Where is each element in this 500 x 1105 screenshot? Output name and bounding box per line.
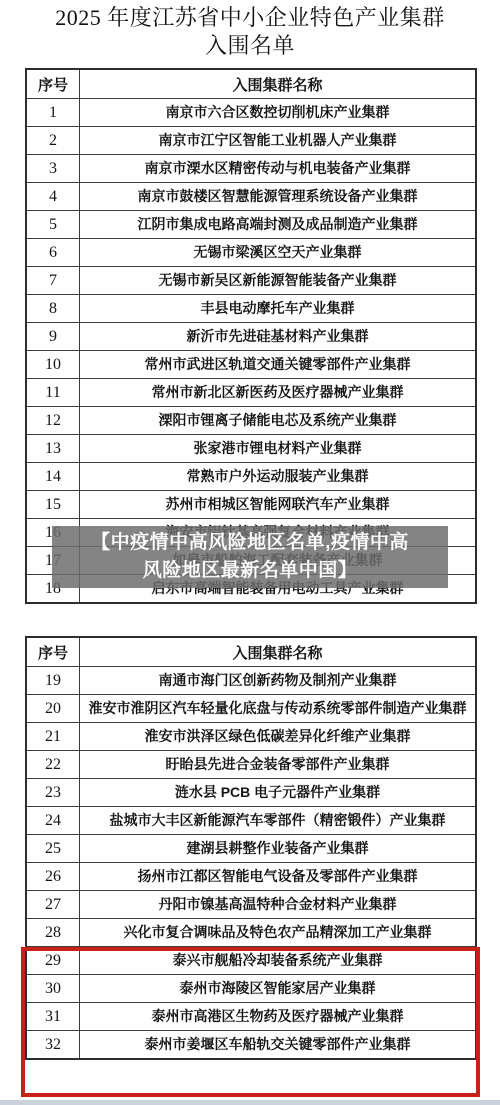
- row-number: 15: [26, 491, 80, 519]
- row-number: 7: [26, 267, 80, 295]
- table-row: 3南京市溧水区精密传动与机电装备产业集群: [26, 155, 476, 183]
- cluster-name: 泰州市姜堰区车船轨交关键零部件产业集群: [80, 1031, 477, 1060]
- table-row: 10常州市武进区轨道交通关键零部件产业集群: [26, 351, 476, 379]
- table-row: 27丹阳市镍基高温特种合金材料产业集群: [26, 891, 476, 919]
- table-row: 4南京市鼓楼区智慧能源管理系统设备产业集群: [26, 183, 476, 211]
- row-number: 12: [26, 407, 80, 435]
- column-header-name: 入围集群名称: [80, 69, 477, 99]
- row-number: 13: [26, 435, 80, 463]
- row-number: 32: [26, 1031, 80, 1060]
- bottom-strip: [0, 1100, 500, 1105]
- table-row: 9新沂市先进硅基材料产业集群: [26, 323, 476, 351]
- table-header-row: 序号 入围集群名称: [26, 69, 476, 99]
- page-title-line1: 2025 年度江苏省中小企业特色产业集群: [55, 5, 445, 30]
- cluster-name: 建湖县耕整作业装备产业集群: [80, 835, 477, 863]
- watermark-text-line2: 风险地区最新名单中国】: [52, 557, 448, 585]
- table-row: 14常熟市户外运动服装产业集群: [26, 463, 476, 491]
- page-title-line2: 入围名单: [205, 33, 295, 58]
- cluster-name: 江阴市集成电路高端封测及成品制造产业集群: [80, 211, 477, 239]
- cluster-name: 涟水县 PCB 电子元器件产业集群: [80, 779, 477, 807]
- cluster-name: 张家港市锂电材料产业集群: [80, 435, 477, 463]
- row-number: 21: [26, 723, 80, 751]
- cluster-name: 扬州市江都区智能电气设备及零部件产业集群: [80, 863, 477, 891]
- cluster-name: 南京市溧水区精密传动与机电装备产业集群: [80, 155, 477, 183]
- row-number: 20: [26, 695, 80, 723]
- cluster-name: 南通市海门区创新药物及制剂产业集群: [80, 667, 477, 695]
- cluster-table-1: 序号 入围集群名称 1南京市六合区数控切削机床产业集群2南京市江宁区智能工业机器…: [25, 68, 477, 604]
- cluster-name: 南京市江宁区智能工业机器人产业集群: [80, 127, 477, 155]
- table-row: 22盱眙县先进合金装备零部件产业集群: [26, 751, 476, 779]
- table-row: 19南通市海门区创新药物及制剂产业集群: [26, 667, 476, 695]
- table-row: 29泰兴市舰船冷却装备系统产业集群: [26, 947, 476, 975]
- column-header-name: 入围集群名称: [80, 637, 477, 667]
- table-row: 28兴化市复合调味品及特色农产品精深加工产业集群: [26, 919, 476, 947]
- table-row: 25建湖县耕整作业装备产业集群: [26, 835, 476, 863]
- cluster-name: 泰州市海陵区智能家居产业集群: [80, 975, 477, 1003]
- table-row: 30泰州市海陵区智能家居产业集群: [26, 975, 476, 1003]
- cluster-name: 淮安市淮阴区汽车轻量化底盘与传动系统零部件制造产业集群: [80, 695, 477, 723]
- table-row: 20淮安市淮阴区汽车轻量化底盘与传动系统零部件制造产业集群: [26, 695, 476, 723]
- table-row: 32泰州市姜堰区车船轨交关键零部件产业集群: [26, 1031, 476, 1060]
- watermark-text-line1: 【中疫情中高风险地区名单,疫情中高: [52, 529, 448, 557]
- table-row: 5江阴市集成电路高端封测及成品制造产业集群: [26, 211, 476, 239]
- table-row: 21淮安市洪泽区绿色低碳差异化纤维产业集群: [26, 723, 476, 751]
- row-number: 11: [26, 379, 80, 407]
- cluster-name: 丰县电动摩托车产业集群: [80, 295, 477, 323]
- cluster-table-2: 序号 入围集群名称 19南通市海门区创新药物及制剂产业集群20淮安市淮阴区汽车轻…: [25, 636, 477, 1060]
- cluster-name: 常州市新北区新医药及医疗器械产业集群: [80, 379, 477, 407]
- row-number: 19: [26, 667, 80, 695]
- cluster-name: 盐城市大丰区新能源汽车零部件（精密锻件）产业集群: [80, 807, 477, 835]
- column-header-no: 序号: [26, 637, 80, 667]
- cluster-name: 南京市六合区数控切削机床产业集群: [80, 99, 477, 127]
- cluster-name: 无锡市梁溪区空天产业集群: [80, 239, 477, 267]
- cluster-name: 苏州市相城区智能网联汽车产业集群: [80, 491, 477, 519]
- row-number: 6: [26, 239, 80, 267]
- table-row: 12溧阳市锂离子储能电芯及系统产业集群: [26, 407, 476, 435]
- table-row: 13张家港市锂电材料产业集群: [26, 435, 476, 463]
- row-number: 28: [26, 919, 80, 947]
- table-header-row: 序号 入围集群名称: [26, 637, 476, 667]
- table-row: 1南京市六合区数控切削机床产业集群: [26, 99, 476, 127]
- row-number: 9: [26, 323, 80, 351]
- row-number: 29: [26, 947, 80, 975]
- row-number: 30: [26, 975, 80, 1003]
- table-row: 24盐城市大丰区新能源汽车零部件（精密锻件）产业集群: [26, 807, 476, 835]
- cluster-name: 常熟市户外运动服装产业集群: [80, 463, 477, 491]
- cluster-name: 淮安市洪泽区绿色低碳差异化纤维产业集群: [80, 723, 477, 751]
- row-number: 10: [26, 351, 80, 379]
- cluster-name: 常州市武进区轨道交通关键零部件产业集群: [80, 351, 477, 379]
- row-number: 2: [26, 127, 80, 155]
- row-number: 1: [26, 99, 80, 127]
- table-row: 11常州市新北区新医药及医疗器械产业集群: [26, 379, 476, 407]
- row-number: 14: [26, 463, 80, 491]
- cluster-name: 泰州市高港区生物药及医疗器械产业集群: [80, 1003, 477, 1031]
- cluster-name: 无锡市新吴区新能源智能装备产业集群: [80, 267, 477, 295]
- row-number: 4: [26, 183, 80, 211]
- row-number: 25: [26, 835, 80, 863]
- table-row: 15苏州市相城区智能网联汽车产业集群: [26, 491, 476, 519]
- table-row: 31泰州市高港区生物药及医疗器械产业集群: [26, 1003, 476, 1031]
- cluster-name: 新沂市先进硅基材料产业集群: [80, 323, 477, 351]
- row-number: 23: [26, 779, 80, 807]
- cluster-name: 兴化市复合调味品及特色农产品精深加工产业集群: [80, 919, 477, 947]
- cluster-name: 南京市鼓楼区智慧能源管理系统设备产业集群: [80, 183, 477, 211]
- column-header-no: 序号: [26, 69, 80, 99]
- cluster-name: 溧阳市锂离子储能电芯及系统产业集群: [80, 407, 477, 435]
- document-page: 2025 年度江苏省中小企业特色产业集群入围名单 序号 入围集群名称 1南京市六…: [0, 0, 500, 1105]
- row-number: 24: [26, 807, 80, 835]
- table-row: 23涟水县 PCB 电子元器件产业集群: [26, 779, 476, 807]
- row-number: 5: [26, 211, 80, 239]
- table-row: 2南京市江宁区智能工业机器人产业集群: [26, 127, 476, 155]
- cluster-name: 泰兴市舰船冷却装备系统产业集群: [80, 947, 477, 975]
- table-row: 7无锡市新吴区新能源智能装备产业集群: [26, 267, 476, 295]
- row-number: 31: [26, 1003, 80, 1031]
- cluster-name: 丹阳市镍基高温特种合金材料产业集群: [80, 891, 477, 919]
- row-number: 27: [26, 891, 80, 919]
- cluster-name: 盱眙县先进合金装备零部件产业集群: [80, 751, 477, 779]
- row-number: 22: [26, 751, 80, 779]
- row-number: 8: [26, 295, 80, 323]
- table-row: 6无锡市梁溪区空天产业集群: [26, 239, 476, 267]
- page-title: 2025 年度江苏省中小企业特色产业集群入围名单: [0, 4, 500, 60]
- table-row: 8丰县电动摩托车产业集群: [26, 295, 476, 323]
- row-number: 26: [26, 863, 80, 891]
- row-number: 3: [26, 155, 80, 183]
- table-row: 26扬州市江都区智能电气设备及零部件产业集群: [26, 863, 476, 891]
- watermark-overlay: 【中疫情中高风险地区名单,疫情中高 风险地区最新名单中国】: [52, 526, 448, 588]
